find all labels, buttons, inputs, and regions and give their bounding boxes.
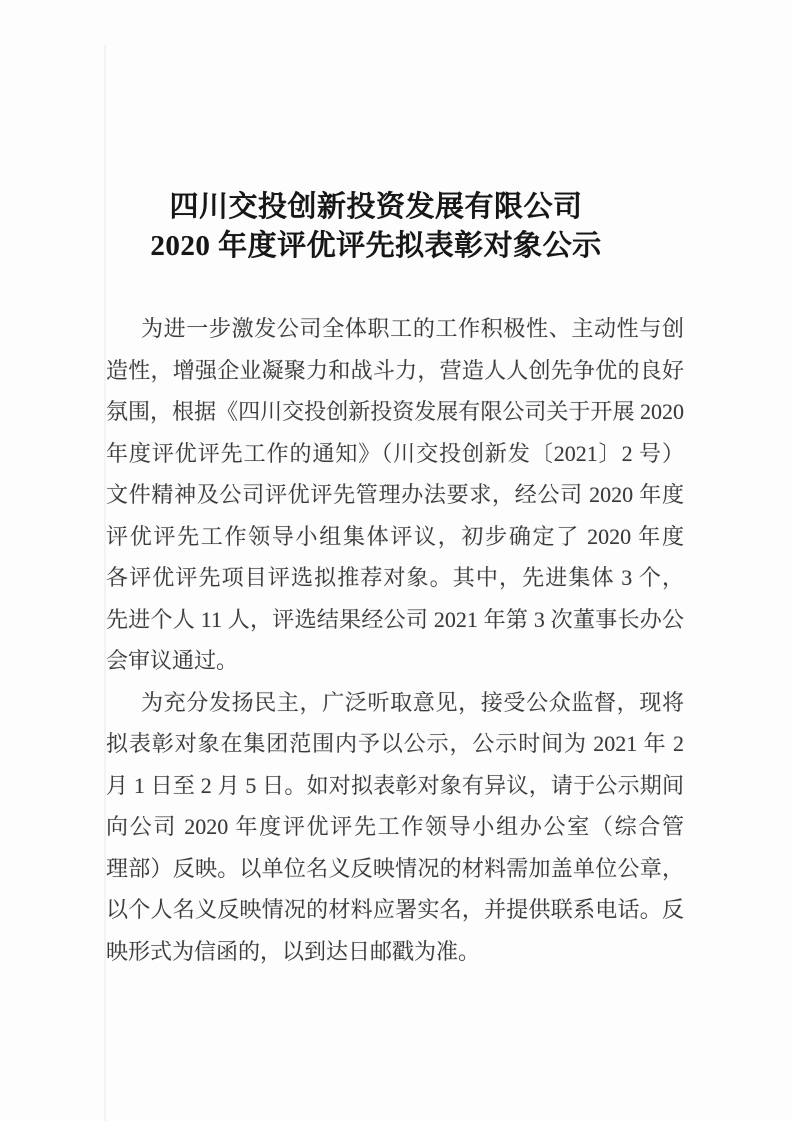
document-title: 四川交投创新投资发展有限公司 2020 年度评优评先拟表彰对象公示 xyxy=(108,188,684,266)
document-page: 四川交投创新投资发展有限公司 2020 年度评优评先拟表彰对象公示 为进一步激发… xyxy=(0,0,793,1121)
document-line: 月 1 日至 2 月 5 日。如对拟表彰对象有异议，请于公示期间 xyxy=(106,765,684,807)
document-line: 以个人名义反映情况的材料应署实名，并提供联系电话。反 xyxy=(106,889,684,931)
document-line: 评优评先工作领导小组集体评议，初步确定了 2020 年度 xyxy=(106,516,684,558)
document-line: 年度评优评先工作的通知》（川交投创新发〔2021〕2 号） xyxy=(106,433,684,475)
paragraph-1: 为进一步激发公司全体职工的工作积极性、主动性与创 造性，增强企业凝聚力和战斗力，… xyxy=(106,308,684,682)
document-line: 向公司 2020 年度评优评先工作领导小组办公室（综合管 xyxy=(106,806,684,848)
document-line: 会审议通过。 xyxy=(106,640,684,682)
title-line-company: 四川交投创新投资发展有限公司 xyxy=(108,188,644,227)
document-line: 先进个人 11 人，评选结果经公司 2021 年第 3 次董事长办公 xyxy=(106,599,684,641)
document-line: 理部）反映。以单位名义反映情况的材料需加盖单位公章， xyxy=(106,848,684,890)
document-line: 氛围，根据《四川交投创新投资发展有限公司关于开展 2020 xyxy=(106,391,684,433)
document-line: 拟表彰对象在集团范围内予以公示，公示时间为 2021 年 2 xyxy=(106,723,684,765)
document-line: 为充分发扬民主，广泛听取意见，接受公众监督，现将 xyxy=(106,682,684,724)
document-line: 映形式为信函的，以到达日邮戳为准。 xyxy=(106,931,684,973)
document-line: 文件精神及公司评优评先管理办法要求，经公司 2020 年度 xyxy=(106,474,684,516)
document-line: 造性，增强企业凝聚力和战斗力，营造人人创先争优的良好 xyxy=(106,350,684,392)
document-line: 各评优评先项目评选拟推荐对象。其中，先进集体 3 个， xyxy=(106,557,684,599)
document-body: 为进一步激发公司全体职工的工作积极性、主动性与创 造性，增强企业凝聚力和战斗力，… xyxy=(106,308,684,972)
paragraph-2: 为充分发扬民主，广泛听取意见，接受公众监督，现将 拟表彰对象在集团范围内予以公示… xyxy=(106,682,684,973)
title-line-notice: 2020 年度评优评先拟表彰对象公示 xyxy=(108,227,644,266)
document-line: 为进一步激发公司全体职工的工作积极性、主动性与创 xyxy=(106,308,684,350)
